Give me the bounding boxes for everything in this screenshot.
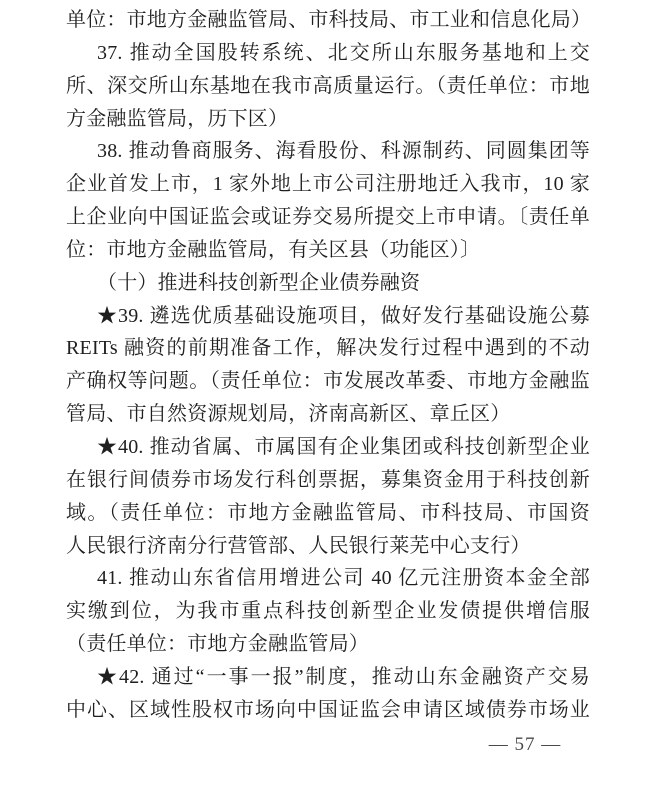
text-line: 产确权等问题。（责任单位：市发展改革委、市地方金融监 — [66, 365, 590, 398]
text-line: 所、深交所山东基地在我市高质量运行。（责任单位：市地 — [66, 70, 590, 103]
text-line: 中心、区域性股权市场向中国证监会申请区域债券市场业务 — [66, 694, 590, 727]
body-text: ★39. 遴选优质基础设施项目，做好发行基础设施公募 — [97, 305, 590, 327]
responsible-unit-text: （责任单位：市地 — [436, 75, 590, 97]
body-text: 在银行间债券市场发行科创票据，募集资金用于科技创新领 — [66, 469, 590, 497]
document-body: 单位：市地方金融监管局、市科技局、市工业和信息化局）37. 推动全国股转系统、北… — [66, 4, 590, 727]
text-line: ★39. 遴选优质基础设施项目，做好发行基础设施公募 — [66, 300, 590, 333]
section-heading: （十）推进科技创新型企业债券融资 — [66, 267, 590, 300]
page-number: — 57 — — [480, 733, 570, 757]
responsible-unit-text: （责任单位：市地方金融监管局、市科技局、市国资委、 — [66, 502, 590, 530]
responsible-unit-text: 单位：市地方金融监管局、市科技局、市工业和信息化局） — [66, 9, 590, 31]
responsible-unit-text: 方金融监管局，历下区） — [66, 108, 288, 130]
text-line: 单位：市地方金融监管局、市科技局、市工业和信息化局） — [66, 4, 590, 37]
body-text: 上企业向中国证监会或证券交易所提交上市申请。 — [66, 206, 518, 228]
body-text: 企业首发上市，1 家外地上市公司注册地迁入我市，10 家以 — [66, 173, 590, 201]
responsible-unit-text: 人民银行济南分行营管部、人民银行莱芜中心支行） — [66, 535, 531, 557]
responsible-unit-text: 管局、市自然资源规划局，济南高新区、章丘区） — [66, 403, 510, 425]
body-text: ★40. 推动省属、市属国有企业集团或科技创新型企业 — [97, 436, 590, 458]
text-line: 实缴到位，为我市重点科技创新型企业发债提供增信服务。 — [66, 595, 590, 628]
text-line: 38. 推动鲁商服务、海看股份、科源制药、同圆集团等 — [66, 135, 590, 168]
document-page: 单位：市地方金融监管局、市科技局、市工业和信息化局）37. 推动全国股转系统、北… — [0, 0, 657, 791]
text-line: 企业首发上市，1 家外地上市公司注册地迁入我市，10 家以 — [66, 168, 590, 201]
text-line: 位：市地方金融监管局，有关区县（功能区）〕 — [66, 234, 590, 267]
body-text: （十）推进科技创新型企业债券融资 — [97, 272, 420, 294]
text-line: REITs 融资的前期准备工作，解决发行过程中遇到的不动 — [66, 332, 590, 365]
body-text: 中心、区域性股权市场向中国证监会申请区域债券市场业务 — [66, 699, 590, 727]
text-line: ★42. 通过“一事一报”制度，推动山东金融资产交易 — [66, 661, 590, 694]
text-line: 上企业向中国证监会或证券交易所提交上市申请。〔责任单 — [66, 201, 590, 234]
responsible-unit-text: 〔责任单 — [518, 206, 590, 228]
body-text: 所、深交所山东基地在我市高质量运行。 — [66, 75, 436, 97]
text-line: 方金融监管局，历下区） — [66, 103, 590, 136]
text-line: 在银行间债券市场发行科创票据，募集资金用于科技创新领 — [66, 464, 590, 497]
text-line: 域。（责任单位：市地方金融监管局、市科技局、市国资委、 — [66, 497, 590, 530]
text-line: 人民银行济南分行营管部、人民银行莱芜中心支行） — [66, 530, 590, 563]
responsible-unit-text: （责任单位：市发展改革委、市地方金融监 — [210, 370, 590, 392]
text-line: ★40. 推动省属、市属国有企业集团或科技创新型企业 — [66, 431, 590, 464]
responsible-unit-text: （责任单位：市地方金融监管局） — [66, 633, 369, 655]
body-text: 38. 推动鲁商服务、海看股份、科源制药、同圆集团等 — [97, 140, 590, 162]
body-text: ★42. 通过“一事一报”制度，推动山东金融资产交易 — [97, 666, 590, 688]
body-text: 41. 推动山东省信用增进公司 40 亿元注册资本金全部 — [97, 567, 590, 589]
body-text: 产确权等问题。 — [66, 370, 210, 392]
text-line: 管局、市自然资源规划局，济南高新区、章丘区） — [66, 398, 590, 431]
text-line: 41. 推动山东省信用增进公司 40 亿元注册资本金全部 — [66, 562, 590, 595]
body-text: REITs 融资的前期准备工作，解决发行过程中遇到的不动 — [66, 337, 590, 359]
body-text: 域。 — [66, 502, 109, 524]
responsible-unit-text: 位：市地方金融监管局，有关区县（功能区）〕 — [66, 239, 480, 261]
body-text: 实缴到位，为我市重点科技创新型企业发债提供增信服务。 — [66, 600, 590, 628]
text-line: （责任单位：市地方金融监管局） — [66, 628, 590, 661]
body-text: 37. 推动全国股转系统、北交所山东服务基地和上交 — [97, 42, 590, 64]
text-line: 37. 推动全国股转系统、北交所山东服务基地和上交 — [66, 37, 590, 70]
